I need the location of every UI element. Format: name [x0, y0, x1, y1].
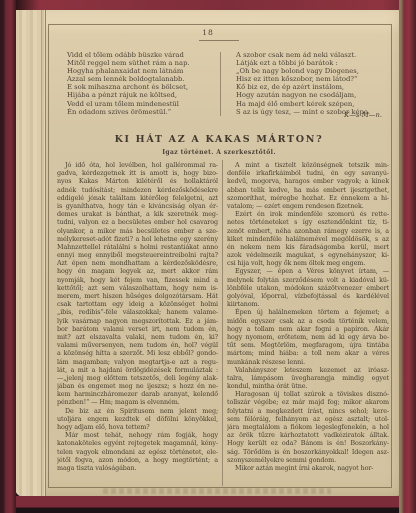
- body-line: Mikor aztán megint írni akarok, nagyot h…: [227, 464, 389, 472]
- body-line: nyomják, hogy két fejem van, fizessek mi…: [57, 276, 218, 284]
- body-line: eddigelé jónak találtam kitérőleg felelg…: [57, 194, 218, 202]
- poem-line: A szobor csak nem ád neki választ.: [236, 51, 388, 59]
- body-line: csak tartottam egy ideig a közönséget ho…: [57, 300, 218, 308]
- body-line: maga tiszta valóságában.: [57, 464, 218, 472]
- body-line: tűt sem. Megtörlöm, megfaragom, újra tin…: [227, 341, 389, 349]
- body-line: telen vagyok elmondani az egész történet…: [57, 448, 218, 456]
- body-line: lönbféle utakon, módokon százötvenezer e…: [227, 284, 389, 292]
- body-line: demes urakat is bánthat, a kik szeretnék…: [57, 210, 218, 218]
- body-line: a közönség hítta a szerzőt. Mi lesz ebbő…: [57, 349, 218, 357]
- body-line: Épen új halálnemeken törtem a fejemet; a: [227, 308, 389, 316]
- body-column-divider: [222, 160, 223, 486]
- body-line: Mahnzettellel rátalálni s holmi restanti…: [57, 243, 218, 251]
- poem-line: Kő biz ez, de ép azért instálom,: [236, 83, 388, 91]
- body-line: hogy a tollam nem akar fogni a papíron. …: [227, 325, 389, 333]
- body-line: kettőtől; azt sem válaszolhattam, hogy n…: [57, 284, 218, 292]
- body-line: utoljára engem kezdtek el döfölni könyök…: [57, 415, 218, 423]
- poem-line: Hogy azután nagyon ne csodáljam,: [236, 91, 388, 99]
- body-line: ennyi meg ennyiből megsteuereintreibolni…: [57, 251, 218, 259]
- poem-column-left: Vidd el tőlem odább büszke váradMitől re…: [67, 51, 217, 116]
- poem-line: Ha majd élő embert kérek szépen,: [236, 100, 388, 108]
- body-line: —„jelenj meg előttem tetszetős, deli leg…: [57, 374, 218, 382]
- poem-line: Én odadom szives örömestül.“: [67, 108, 217, 116]
- body-line: hogy adjam elő, hova tettem?: [57, 423, 218, 431]
- body-line: gadva, kérdezgetnek itt is amott is, hog…: [57, 169, 218, 177]
- body-line: hogy én magam legyek az, mert akkor rám: [57, 267, 218, 275]
- poem-line: Vidd el tőlem odább büszke várad: [67, 51, 217, 59]
- body-line: az örök tűzre kárhoztatott vadkéziratok …: [227, 431, 389, 439]
- body-line: is gyaníthatva, hogy tán e kiváncsiság o…: [57, 202, 218, 210]
- body-line: mélykereset-adót fizeti? a hol lehetne e…: [57, 235, 218, 243]
- book-spine-edge: [0, 0, 16, 513]
- body-line: A mint a tisztelt közönségnek tetszik mi…: [227, 161, 389, 169]
- body-line: kiket mindenféle halálnemével megöldösök…: [227, 235, 389, 243]
- body-line: kedvű, mogorva, haragos ember vagyok; a …: [227, 177, 389, 185]
- poem-line: Hogyha phalanxaidat nem látnám: [67, 67, 217, 75]
- body-line: lám magamban; valyon megtartja-e azt a r…: [57, 358, 218, 366]
- bleed-through-text: [103, 488, 331, 494]
- body-line: kiirtanom.: [227, 300, 389, 308]
- body-line: katonaköteles egyént rejtegetek magamnál…: [57, 439, 218, 447]
- body-line: Jó idő óta, hol levélben, hol galléromma…: [57, 161, 218, 169]
- body-line: tudni, valyon ez a becsületes ember hol …: [57, 218, 218, 226]
- book-cover-right-edge: [399, 0, 416, 513]
- body-line: én nekem nem kis fáradságomba kerül, mer…: [227, 243, 389, 251]
- body-line: azok védelmezik magukat, s egynehányszor…: [227, 251, 389, 259]
- body-line: melynek folytán szerződésem volt a kiadó…: [227, 276, 389, 284]
- article-subtitle: Igaz történet. A szerkesztőtől.: [48, 149, 390, 156]
- page-number: 18: [0, 28, 416, 37]
- body-line: talra, lámpásom üvegharangja mindig egye…: [227, 374, 389, 382]
- body-line: midőn egyszer csak az a csoda történik v…: [227, 317, 389, 325]
- body-line: Haragosan új tollat szúrok a töviskes di…: [227, 390, 389, 398]
- body-line: kem harminczháromezer darab aranyat, kel…: [57, 390, 218, 398]
- body-line: jétől fogva, azon módon, a hogy megtörté…: [57, 456, 218, 464]
- body-line: De biz az én Spiritusom nem jelent meg;: [57, 407, 218, 415]
- body-line: lát, a mit a hajdani ördögidézések formu…: [57, 366, 218, 374]
- body-line: olyankor, a mikor más becsületes ember a…: [57, 227, 218, 235]
- body-line: merem, mert hiszen hűséges dolgozótársam…: [57, 292, 218, 300]
- body-line: Már most tehát, nehogy rám fogják, hogy: [57, 431, 218, 439]
- body-line: vatalom; — ezért engem rendesen fizetnek…: [227, 202, 389, 210]
- body-line: lyik vasárnap nagyon megszorítottak. Ez …: [57, 317, 218, 325]
- body-line: denféle irkafirkáimból tudni, én egy sav…: [227, 169, 389, 177]
- body-line: jában és engemet meg ne ijeszsz; s hozz …: [57, 382, 218, 390]
- body-line: hogy nyomom, erőtetem, nem ád ki egy árv…: [227, 333, 389, 341]
- body-line: „ibis, redibis“-féle válaszokkal; hanem …: [57, 308, 218, 316]
- page-edges-gutter: [15, 9, 46, 497]
- body-line: nyos Kakas Márton kilétéről és hollaktár…: [57, 177, 218, 185]
- body-line: mártom; mind hiába: a toll nem akar a vé…: [227, 349, 389, 357]
- poem-line: Vedd el uram tőlem mindenestül: [67, 100, 217, 108]
- body-line: Azt épen nem mondhattam a kérdezősködésr…: [57, 259, 218, 267]
- body-line: sem félóráig, felhányom az egész asztalt…: [227, 415, 389, 423]
- body-line: pénzben!“ — Hm; magam is elvenném.: [57, 398, 218, 406]
- body-line: kondul, mintha órát ütne.: [227, 382, 389, 390]
- body-column-left: Jó idő óta, hol levélben, hol galléromma…: [57, 161, 218, 472]
- body-column-right: A mint a tisztelt közönségnek tetszik mi…: [227, 161, 389, 472]
- body-line: munkának részese lenni.: [227, 358, 389, 366]
- body-line: bor barátom valami verset irt, nem tudom…: [57, 325, 218, 333]
- poem-line: Hijába a pénzt rájuk ne költsed,: [67, 91, 217, 99]
- book-cover-top-edge: [0, 0, 416, 10]
- body-line: csi hija volt, hogy ők nem öltek meg eng…: [227, 259, 389, 267]
- poem-line: Hisz ez itten kőszobor, nem látod?“: [236, 75, 388, 83]
- body-line: szomoríthat, méregbe hozhat. Ez énnekem …: [227, 194, 389, 202]
- body-line: ság. Törődöm is én boszorkányokkal! Ideg…: [227, 448, 389, 456]
- body-line: jára megtalálom a fiókom legeslegfenekén…: [227, 423, 389, 431]
- book-photo: 18 Vidd el tőlem odább büszke váradMitől…: [0, 0, 416, 513]
- poem-line: Látják ezt a többi jó barátok :: [236, 59, 388, 67]
- poem-line: Mitől reggel nem süthet rám a nap.: [67, 59, 217, 67]
- body-line: mit? azt elszavalta valaki, nem tudom én…: [57, 333, 218, 341]
- body-line: adnék tudósítást; mindezen kérdezősködés…: [57, 186, 218, 194]
- poem-line: Azzal sem lennék boldogtalanabb.: [67, 75, 217, 83]
- poem-line: „Oh be nagy bolond vagy Diogenes,: [236, 67, 388, 75]
- body-line: Ezért én irok mindenféle szomorú és rett…: [227, 210, 389, 218]
- article-title: KI HÁT AZ A KAKAS MÁRTON?: [48, 134, 390, 145]
- body-line: netes történeteket s így esztendőnkint t…: [227, 218, 389, 226]
- body-line: Egyszer, — épen a Véres könyvet írtam, —: [227, 267, 389, 275]
- poem-line: E sok mihaszna archont és bölcset,: [67, 83, 217, 91]
- poem-signature: K—s M—n.: [236, 111, 382, 119]
- body-line: golyóval, lőporral, vízbefojtással és ka…: [227, 292, 389, 300]
- poem-column-divider: [220, 52, 221, 116]
- body-line: folytatni a megkezdett írást, nincs seho…: [227, 407, 389, 415]
- page-number-rule: [199, 40, 239, 41]
- body-line: szonyszemélyekre semmi gondom.: [227, 456, 389, 464]
- body-line: Valahányszor leteszem kezemet az iróasz-: [227, 366, 389, 374]
- body-line: zenöt embert, néha azonban rámegy ezerre…: [227, 227, 389, 235]
- book-cover-bottom-edge: [0, 496, 416, 513]
- body-line: valami műversenyen, nem tudom én, hol? v…: [57, 341, 218, 349]
- body-line: Hogy került ez oda? Bánom is én! Boszork…: [227, 439, 389, 447]
- poem-column-right: A szobor csak nem ád neki választ.Látják…: [236, 51, 388, 116]
- body-line: abban telik kedve, ha más embert ijesztg…: [227, 186, 389, 194]
- body-line: tollszár végébe; ez már majd fog; mikor …: [227, 398, 389, 406]
